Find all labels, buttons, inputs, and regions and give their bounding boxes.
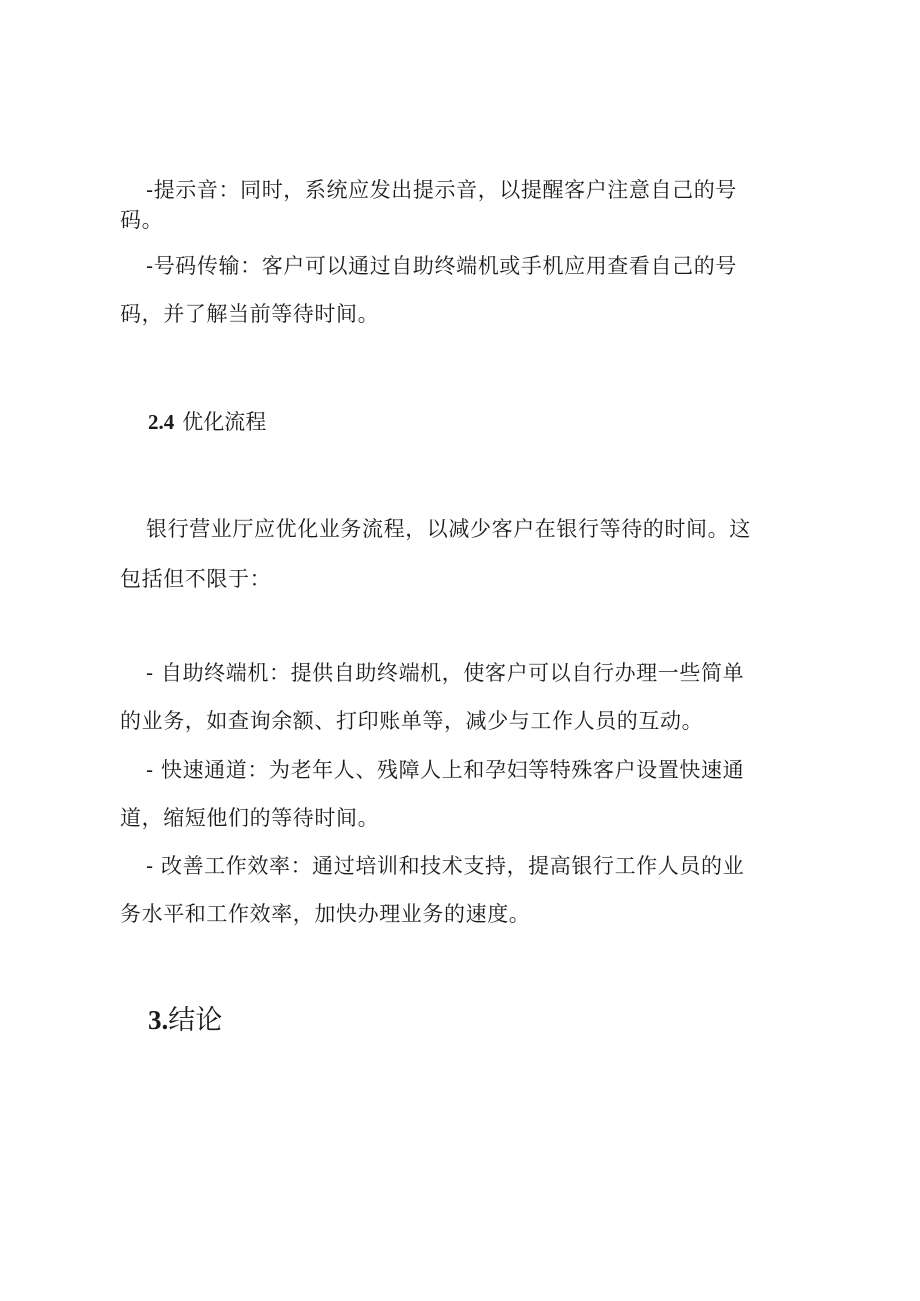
section-heading-2-4: 2.4优化流程 — [148, 409, 266, 435]
list-item-self-service-line2: 的业务，如查询余额、打印账单等，减少与工作人员的互动。 — [120, 708, 703, 734]
list-item-self-service-line1: - 自助终端机：提供自助终端机，使客户可以自行办理一些简单 — [146, 660, 744, 686]
section-heading-3: 3.结论 — [148, 1003, 222, 1038]
section-number: 3. — [148, 1005, 168, 1035]
paragraph-number-transfer-line2: 码，并了解当前等待时间。 — [120, 301, 379, 327]
list-item-fast-lane-line2: 道，缩短他们的等待时间。 — [120, 805, 379, 831]
list-item-efficiency-line1: - 改善工作效率：通过培训和技术支持，提高银行工作人员的业 — [146, 853, 744, 879]
list-item-efficiency-line2: 务水平和工作效率，加快办理业务的速度。 — [120, 901, 530, 927]
paragraph-prompt-tone-line1: -提示音：同时，系统应发出提示音，以提醒客户注意自己的号 — [146, 177, 737, 203]
paragraph-number-transfer-line1: -号码传输：客户可以通过自助终端机或手机应用查看自己的号 — [146, 253, 737, 279]
section-title: 结论 — [168, 1005, 222, 1036]
section-title: 优化流程 — [182, 410, 266, 434]
paragraph-intro-line2: 包括但不限于： — [120, 566, 271, 592]
paragraph-intro-line1: 银行营业厅应优化业务流程，以减少客户在银行等待的时间。这 — [146, 516, 751, 542]
list-item-fast-lane-line1: - 快速通道：为老年人、残障人上和孕妇等特殊客户设置快速通 — [146, 757, 744, 783]
section-number: 2.4 — [148, 410, 174, 434]
paragraph-prompt-tone-line2: 码。 — [120, 207, 163, 233]
